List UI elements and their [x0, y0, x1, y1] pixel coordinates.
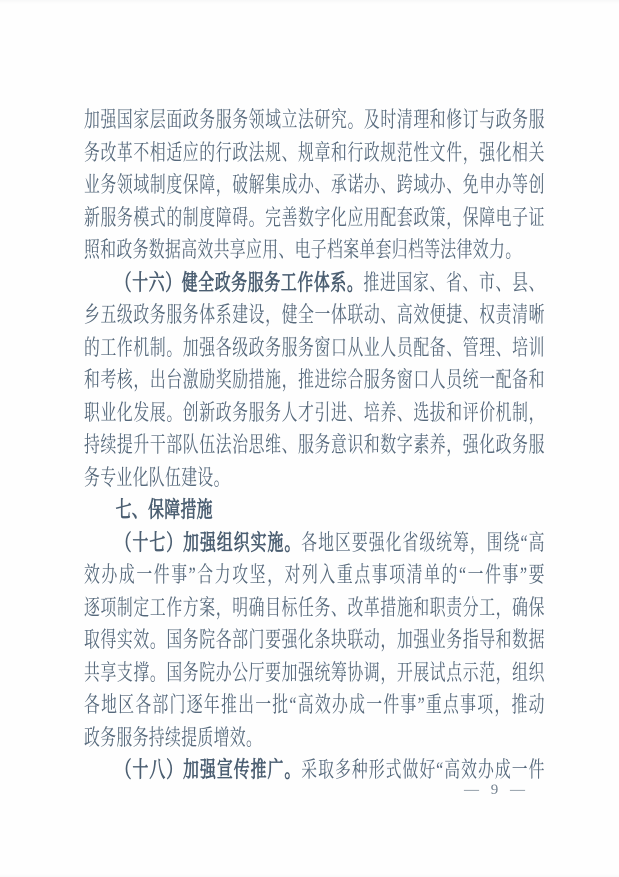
text-segment: 务改革不相适应的行政法规、规章和行政规范性文件，强化相关 [84, 140, 545, 165]
bold-segment: （十八）加强宣传推广。 [116, 757, 302, 782]
text-line: 政务服务持续提质增效。 [84, 722, 545, 755]
text-line: 加强国家层面政务服务领域立法研究。及时清理和修订与政务服 [84, 104, 545, 137]
bold-segment: （十六）健全政务服务工作体系。 [116, 270, 364, 295]
text-segment: 采取多种形式做好“高效办成一件 [301, 757, 545, 782]
text-line: 共享支撑。国务院办公厅要加强统筹协调，开展试点示范，组织 [84, 657, 545, 690]
text-line: 七、保障措施 [84, 494, 545, 527]
text-segment: 的工作机制。加强各级政务服务窗口从业人员配备、管理、培训 [84, 335, 545, 360]
text-segment: 新服务模式的制度障碍。完善数字化应用配套政策，保障电子证 [84, 205, 545, 230]
text-segment: 持续提升干部队伍法治思维、服务意识和数字素养，强化政务服 [84, 432, 545, 457]
text-line: 各地区各部门逐年推出一批“高效办成一件事”重点事项，推动 [84, 689, 545, 722]
text-line: 务改革不相适应的行政法规、规章和行政规范性文件，强化相关 [84, 137, 545, 170]
text-line: 业务领域制度保障，破解集成办、承诺办、跨域办、免申办等创 [84, 169, 545, 202]
text-segment: 各地区要强化省级统筹，围绕“高 [301, 530, 545, 555]
text-segment: 推进国家、省、市、县、 [363, 270, 544, 295]
text-segment: 逐项制定工作方案，明确目标任务、改革措施和职责分工，确保 [84, 595, 545, 620]
bold-segment: （十七）加强组织实施。 [116, 530, 302, 555]
text-line: 职业化发展。创新政务服务人才引进、培养、选拔和评价机制， [84, 397, 545, 430]
text-segment: 各地区各部门逐年推出一批“高效办成一件事”重点事项，推动 [84, 692, 545, 717]
text-line: 新服务模式的制度障碍。完善数字化应用配套政策，保障电子证 [84, 202, 545, 235]
text-line: 乡五级政务服务体系建设，健全一体联动、高效便捷、权责清晰 [84, 299, 545, 332]
document-body: 加强国家层面政务服务领域立法研究。及时清理和修订与政务服务改革不相适应的行政法规… [84, 104, 545, 787]
text-segment: 乡五级政务服务体系建设，健全一体联动、高效便捷、权责清晰 [84, 302, 545, 327]
text-segment: 职业化发展。创新政务服务人才引进、培养、选拔和评价机制， [84, 400, 545, 425]
text-segment: 和考核，出台激励奖励措施，推进综合服务窗口人员统一配备和 [84, 367, 545, 392]
text-segment: 取得实效。国务院各部门要强化条块联动，加强业务指导和数据 [84, 627, 545, 652]
text-line: 的工作机制。加强各级政务服务窗口从业人员配备、管理、培训 [84, 332, 545, 365]
text-segment: 务专业化队伍建设。 [84, 465, 230, 490]
text-line: 逐项制定工作方案，明确目标任务、改革措施和职责分工，确保 [84, 592, 545, 625]
text-line: 和考核，出台激励奖励措施，推进综合服务窗口人员统一配备和 [84, 364, 545, 397]
text-line: 持续提升干部队伍法治思维、服务意识和数字素养，强化政务服 [84, 429, 545, 462]
text-line: 效办成一件事”合力攻坚，对列入重点事项清单的“一件事”要 [84, 559, 545, 592]
text-segment: 加强国家层面政务服务领域立法研究。及时清理和修订与政务服 [84, 107, 545, 132]
bold-segment: 七、保障措施 [116, 497, 213, 522]
text-segment: 共享支撑。国务院办公厅要加强统筹协调，开展试点示范，组织 [84, 660, 545, 685]
text-segment: 业务领域制度保障，破解集成办、承诺办、跨域办、免申办等创 [84, 172, 545, 197]
text-line: 照和政务数据高效共享应用、电子档案单套归档等法律效力。 [84, 234, 545, 267]
text-segment: 政务服务持续提质增效。 [84, 725, 262, 750]
text-line: （十七）加强组织实施。各地区要强化省级统筹，围绕“高 [84, 527, 545, 560]
scanned-document-page: 加强国家层面政务服务领域立法研究。及时清理和修订与政务服务改革不相适应的行政法规… [0, 0, 619, 877]
page-number: — 9 — [464, 781, 529, 799]
text-line: 务专业化队伍建设。 [84, 462, 545, 495]
text-line: （十六）健全政务服务工作体系。推进国家、省、市、县、 [84, 267, 545, 300]
text-segment: 照和政务数据高效共享应用、电子档案单套归档等法律效力。 [84, 237, 521, 262]
text-segment: 效办成一件事”合力攻坚，对列入重点事项清单的“一件事”要 [84, 562, 545, 587]
text-line: 取得实效。国务院各部门要强化条块联动，加强业务指导和数据 [84, 624, 545, 657]
